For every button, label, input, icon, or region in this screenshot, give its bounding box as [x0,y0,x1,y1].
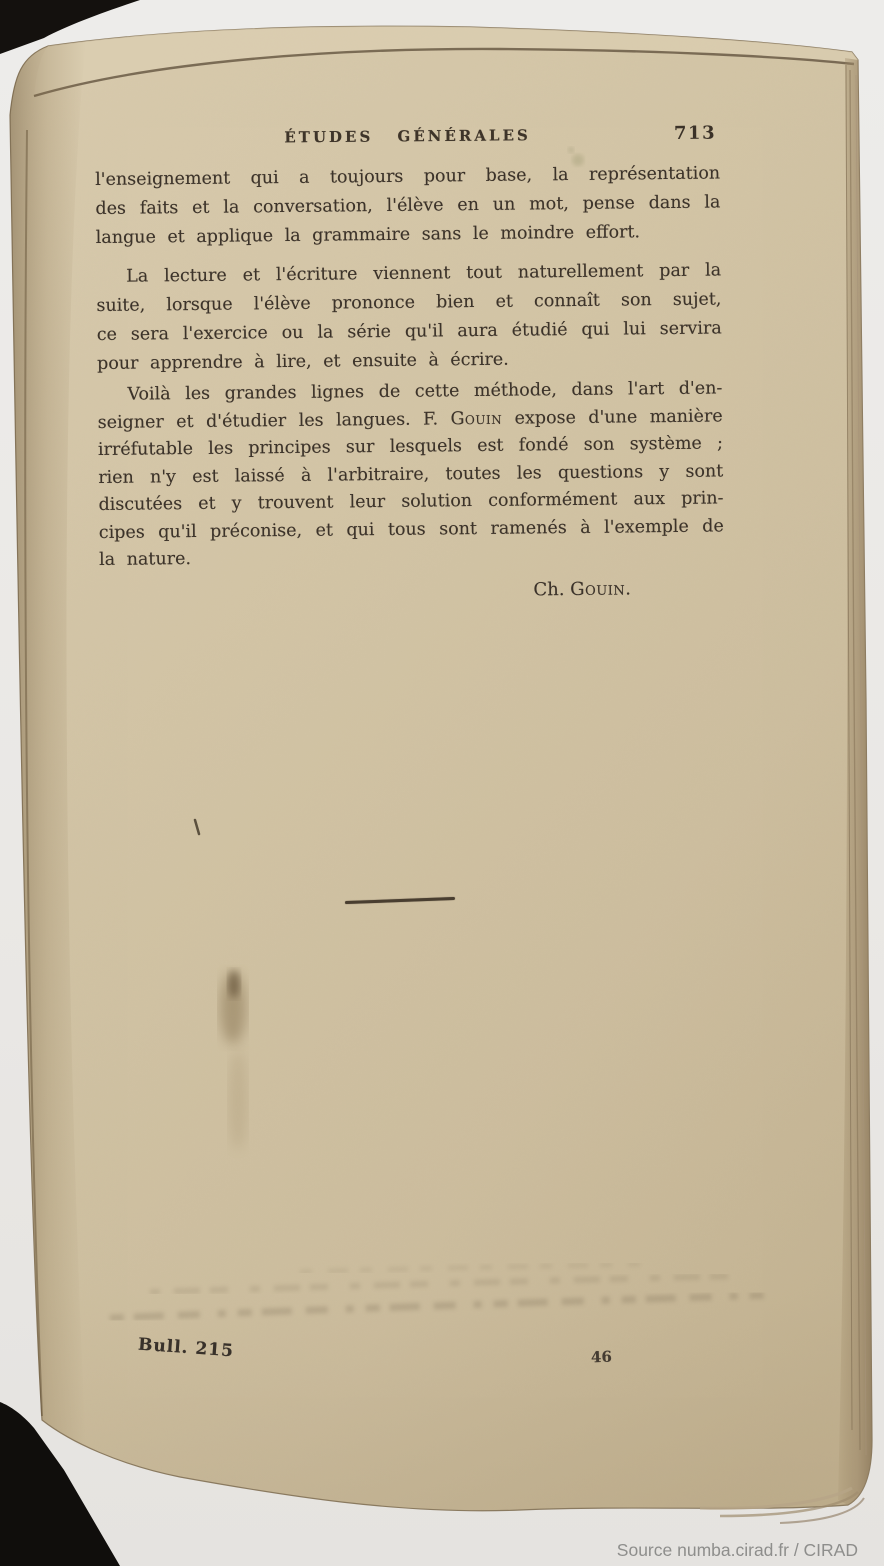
text-line: langue et applique la grammaire sans le … [96,217,721,253]
text-segment: seigner et d'étudier les langues. F. [98,409,451,433]
text-segment: Ch. [533,579,570,600]
author-name-smallcaps: Gouin. [570,578,631,600]
body-text: l'enseignement qui a toujours pour base,… [95,159,725,607]
page-header: ÉTUDES GÉNÉRALES 713 [95,125,720,156]
text-line: pour apprendre à lire, et ensuite à écri… [97,343,722,379]
page-number: 713 [674,123,716,144]
signature-sheet-number: 46 [591,1348,612,1367]
author-name-smallcaps: Gouin [450,408,502,429]
source-attribution: Source numba.cirad.fr / CIRAD [617,1540,858,1561]
scanned-book-page-view: ÉTUDES GÉNÉRALES 713 l'enseignement qui … [0,0,884,1566]
text-segment: expose d'une manière [502,406,723,428]
